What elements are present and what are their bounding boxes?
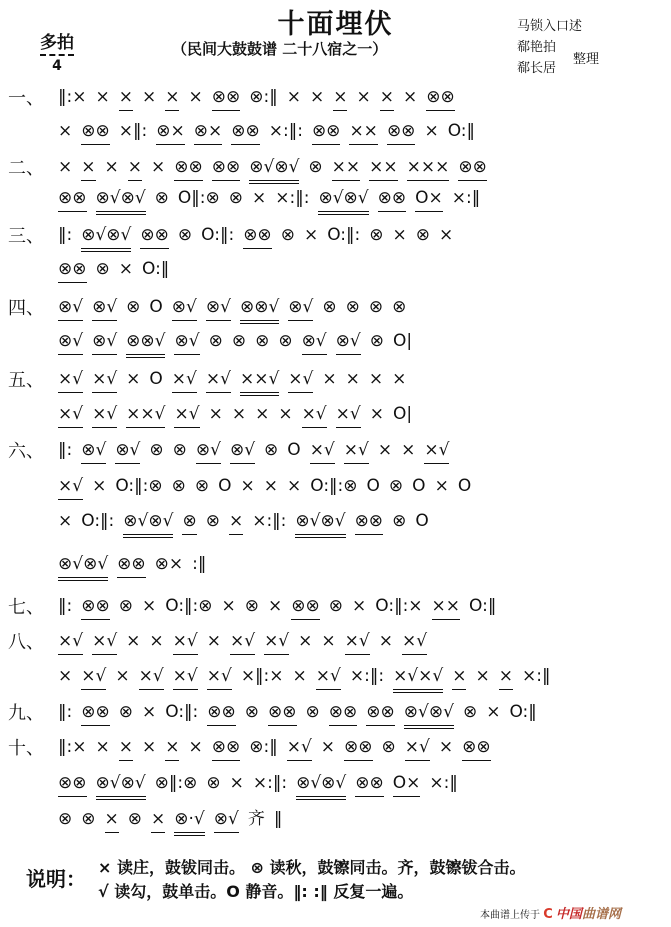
- beat-group: ×‖:×: [241, 665, 284, 689]
- beat-group: ×: [126, 368, 140, 392]
- beat-group: ×√: [344, 439, 369, 464]
- beat-group: ⊗⊗: [426, 86, 455, 111]
- beat-group: ×: [255, 403, 269, 427]
- beat-group: ⊗: [389, 475, 403, 499]
- beat-group: ×:‖: [429, 772, 457, 796]
- beat-group: ×√: [288, 368, 313, 393]
- beat-group: ×: [304, 224, 318, 248]
- beat-group: ×: [229, 510, 243, 535]
- beat-group: ⊗⊗: [462, 736, 491, 761]
- beat-group: ⊗⊗: [291, 595, 320, 620]
- beat-group: ×:‖:: [275, 187, 309, 211]
- beat-group: ⊗√: [288, 296, 313, 321]
- beat-group: O:‖:: [201, 224, 234, 248]
- beat-group: ⊗: [119, 595, 133, 619]
- beat-group: ×:‖:: [252, 510, 286, 534]
- beat-group: ×√: [424, 439, 449, 464]
- credit-role: 整理: [573, 49, 599, 70]
- beat-group: ×√: [310, 439, 335, 464]
- beat-group: ‖:×: [58, 736, 86, 760]
- beat-group: ‖:: [58, 439, 72, 463]
- beat-group: ⊗√⊗√: [58, 553, 108, 581]
- beat-group: ⊗√⊗√: [96, 187, 146, 215]
- beat-group: ⊗√: [58, 296, 83, 321]
- beat-group: ‖:×: [58, 86, 86, 110]
- beat-group: ⊗: [278, 330, 292, 354]
- score-line: ⊗⊗⊗×O:‖: [58, 258, 178, 284]
- beat-group: ×: [403, 86, 417, 110]
- beat-group: ×: [439, 736, 453, 760]
- beat-group: 齐: [248, 808, 265, 832]
- beat-group: ×√: [206, 368, 231, 393]
- beat-group: ×: [369, 368, 383, 392]
- beat-group: ×√: [92, 368, 117, 393]
- beat-group: ⊗⊗: [355, 510, 384, 535]
- beat-group: ×: [486, 701, 500, 725]
- beat-group: ⊗: [149, 439, 163, 463]
- beat-group: ×: [252, 187, 266, 211]
- beat-group: ×√: [336, 403, 361, 428]
- beat-group: ×: [149, 630, 163, 654]
- beat-group: ⊗: [206, 510, 220, 534]
- beat-group: O|: [393, 403, 412, 427]
- beat-group: ×: [126, 630, 140, 654]
- beat-group: ×: [298, 630, 312, 654]
- beat-group: ⊗⊗: [243, 224, 272, 249]
- beat-group: ×: [370, 403, 384, 427]
- beat-group: ×: [452, 665, 466, 690]
- beat-group: ×√: [405, 736, 430, 761]
- beat-group: O: [367, 475, 380, 499]
- beat-group: ×√: [174, 403, 199, 428]
- beat-group: ××√: [240, 368, 279, 396]
- beat-group: ⊗:‖: [249, 86, 277, 110]
- beat-group: O: [458, 475, 471, 499]
- beat-group: ×: [58, 510, 72, 534]
- beat-group: ⊗√: [214, 808, 239, 833]
- upload-text: 本曲谱上传于: [480, 910, 540, 921]
- beat-group: ⊗⊗: [58, 187, 87, 212]
- score-line: ‖:⊗⊗⊗×O:‖:⊗×⊗×⊗⊗⊗×O:‖:×××O:‖: [58, 595, 505, 621]
- score-line: ⊗√⊗√⊗⊗⊗×:‖: [58, 553, 215, 579]
- beat-group: ×:‖:: [253, 772, 287, 796]
- section-label: 六、: [8, 437, 44, 463]
- beat-group: O:‖:: [165, 701, 198, 725]
- beat-group: O: [415, 510, 428, 534]
- beat-group: ×√: [264, 630, 289, 655]
- beat-group: ⊗: [392, 510, 406, 534]
- section-label: 七、: [8, 593, 44, 619]
- beat-group: ⊗: [306, 701, 320, 725]
- meter-bottom: 4: [40, 58, 74, 74]
- score-line: ‖:⊗√⊗√⊗⊗⊗√⊗√⊗O×√×√×××√: [58, 439, 458, 465]
- beat-group: ⊗: [463, 701, 477, 725]
- beat-group: ⊗: [119, 701, 133, 725]
- beat-group: ×: [92, 475, 106, 499]
- score-line: ⊗⊗×⊗×⊗·√⊗√齐‖: [58, 808, 291, 834]
- beat-group: ⊗: [229, 187, 243, 211]
- beat-group: ×: [188, 86, 202, 110]
- beat-group: ⊗: [308, 156, 322, 180]
- beat-group: ⊗⊗√: [240, 296, 279, 324]
- beat-group: ⊗√: [92, 296, 117, 321]
- section-label: 五、: [8, 366, 44, 392]
- beat-group: ‖:: [58, 595, 72, 619]
- section-label: 一、: [8, 84, 44, 110]
- beat-group: ⊗: [245, 701, 259, 725]
- beat-group: ×: [392, 368, 406, 392]
- beat-group: ⊗√: [58, 330, 83, 355]
- beat-group: O×: [393, 772, 421, 797]
- beat-group: ⊗√⊗√: [81, 224, 131, 252]
- section-label: 三、: [8, 222, 44, 248]
- beat-group: ⊗: [392, 296, 406, 320]
- credit-narrator: 马锁入口述: [517, 16, 582, 37]
- beat-group: ⊗√: [172, 296, 197, 321]
- beat-group: O:‖: [469, 595, 496, 619]
- beat-group: ⊗⊗: [366, 701, 395, 726]
- beat-group: ×: [105, 156, 119, 180]
- beat-group: ⊗√⊗√: [123, 510, 173, 538]
- beat-group: ×√: [58, 403, 83, 428]
- beat-group: ×: [380, 86, 394, 111]
- beat-group: ⊗‖:⊗: [155, 772, 198, 796]
- beat-group: ⊗⊗: [212, 156, 241, 181]
- score-line: ×××××⊗⊗⊗⊗⊗√⊗√⊗×××××××⊗⊗: [58, 156, 496, 182]
- beat-group: O:‖:×: [375, 595, 422, 619]
- beat-group: ×: [424, 120, 438, 144]
- beat-group: ⊗⊗: [312, 120, 341, 145]
- legend-row-1: × 读庄，鼓钹同击。 ⊗ 读秋，鼓镲同击。齐，鼓镲钹合击。: [98, 855, 526, 878]
- beat-group: ×: [95, 86, 109, 110]
- beat-group: O: [218, 475, 231, 499]
- beat-group: O:‖: [142, 258, 169, 282]
- score-line: ×√×√×O×√×√××√×√××××: [58, 368, 415, 394]
- beat-group: O|: [393, 330, 412, 354]
- beat-group: ⊗⊗: [212, 736, 241, 761]
- beat-group: ⊗×: [155, 553, 184, 577]
- beat-group: ×: [81, 156, 95, 181]
- beat-group: ⊗: [232, 330, 246, 354]
- beat-group: ×: [165, 86, 179, 111]
- beat-group: ⊗: [172, 475, 186, 499]
- beat-group: ⊗√⊗√: [249, 156, 299, 184]
- beat-group: ⊗×: [194, 120, 223, 145]
- beat-group: ×√: [316, 665, 341, 690]
- beat-group: ⊗: [206, 772, 220, 796]
- beat-group: ⊗⊗: [344, 736, 373, 761]
- beat-group: ⊗: [255, 330, 269, 354]
- beat-group: O:‖:⊗: [310, 475, 357, 499]
- beat-group: ×: [379, 630, 393, 654]
- score-line: ⊗√⊗√⊗⊗√⊗√⊗⊗⊗⊗⊗√⊗√⊗O|: [58, 330, 421, 356]
- beat-group: ×: [207, 630, 221, 654]
- beat-group: O:‖:: [327, 224, 360, 248]
- score-line: ‖:××××××⊗⊗⊗:‖×√×⊗⊗⊗×√×⊗⊗: [58, 736, 500, 762]
- beat-group: ⊗⊗: [355, 772, 384, 797]
- beat-group: ×‖:: [119, 120, 147, 144]
- credits: 马锁入口述 郗艳拍 郗长居 整理: [517, 16, 582, 79]
- beat-group: ⊗: [195, 475, 209, 499]
- section-label: 四、: [8, 294, 44, 320]
- beat-group: ×: [392, 224, 406, 248]
- beat-group: ×√: [230, 630, 255, 655]
- beat-group: ×: [475, 665, 489, 689]
- beat-group: ×√: [345, 630, 370, 655]
- beat-group: ×: [188, 736, 202, 760]
- beat-group: ×: [356, 86, 370, 110]
- beat-group: ⊗: [96, 258, 110, 282]
- beat-group: ⊗⊗: [212, 86, 241, 111]
- beat-group: ×: [151, 808, 165, 833]
- beat-group: ⊗⊗: [81, 595, 110, 620]
- beat-group: ×√: [402, 630, 427, 655]
- beat-group: ⊗: [245, 595, 259, 619]
- beat-group: ⊗⊗: [58, 772, 87, 797]
- beat-group: ⊗√: [302, 330, 327, 355]
- score-line: ‖:⊗√⊗√⊗⊗⊗O:‖:⊗⊗⊗×O:‖:⊗×⊗×: [58, 224, 462, 250]
- beat-group: ⊗√: [336, 330, 361, 355]
- beat-group: ⊗⊗: [140, 224, 169, 249]
- beat-group: ×:‖: [452, 187, 480, 211]
- beat-group: ×: [95, 736, 109, 760]
- beat-group: ⊗: [369, 224, 383, 248]
- beat-group: ×: [58, 665, 72, 689]
- beat-group: ⊗√⊗√: [404, 701, 454, 729]
- beat-group: ×: [119, 736, 133, 761]
- beat-group: ×: [142, 736, 156, 760]
- beat-group: ⊗: [81, 808, 95, 832]
- beat-group: ×:‖: [522, 665, 550, 689]
- meter-top: 多拍: [40, 28, 74, 56]
- beat-group: ⊗⊗: [81, 120, 110, 145]
- score-line: ‖:××××××⊗⊗⊗:‖××××××⊗⊗: [58, 86, 464, 112]
- beat-group: ⊗√: [115, 439, 140, 464]
- beat-group: ×√: [207, 665, 232, 690]
- beat-group: ×: [333, 86, 347, 111]
- beat-group: ⊗: [182, 510, 196, 535]
- beat-group: ⊗⊗: [81, 701, 110, 726]
- beat-group: ×: [378, 439, 392, 463]
- beat-group: O:‖:⊗: [165, 595, 212, 619]
- score-subtitle: （民间大鼓鼓谱 二十八宿之一）: [172, 38, 387, 59]
- section-label: 十、: [8, 734, 44, 760]
- beat-group: ⊗: [329, 595, 343, 619]
- beat-group: ×√: [92, 403, 117, 428]
- beat-group: ⊗√⊗√: [318, 187, 368, 215]
- beat-group: ⊗⊗: [458, 156, 487, 181]
- beat-group: ⊗: [126, 296, 140, 320]
- beat-group: ⊗: [155, 187, 169, 211]
- beat-group: ×: [346, 368, 360, 392]
- beat-group: O: [149, 368, 162, 392]
- beat-group: ⊗⊗: [387, 120, 416, 145]
- beat-group: ⊗⊗√: [126, 330, 165, 358]
- beat-group: ⊗√: [206, 296, 231, 321]
- beat-group: ×: [115, 665, 129, 689]
- beat-group: ×: [499, 665, 513, 690]
- score-line: ×√×O:‖:⊗⊗⊗O×××O:‖:⊗O⊗O×O: [58, 475, 480, 501]
- beat-group: O:‖: [509, 701, 536, 725]
- beat-group: ××: [432, 595, 461, 620]
- beat-group: ×:‖:: [269, 120, 303, 144]
- beat-group: ×√: [58, 475, 83, 500]
- beat-group: ⊗√⊗√: [295, 510, 345, 538]
- beat-group: ×: [165, 736, 179, 761]
- beat-group: ⊗×: [156, 120, 185, 145]
- beat-group: ⊗⊗: [58, 258, 87, 283]
- legend-row-2: √ 读勾，鼓单击。O 静音。‖: :‖ 反复一遍。: [98, 879, 413, 902]
- score-line: ×⊗⊗×‖:⊗×⊗×⊗⊗×:‖:⊗⊗××⊗⊗×O:‖: [58, 120, 484, 146]
- beat-group: ×√: [302, 403, 327, 428]
- beat-group: ⊗⊗: [231, 120, 260, 145]
- beat-group: ×: [321, 736, 335, 760]
- beat-group: ×××: [407, 156, 450, 181]
- beat-group: O: [149, 296, 162, 320]
- beat-group: O:‖:⊗: [115, 475, 162, 499]
- beat-group: ×: [142, 701, 156, 725]
- beat-group: ×√×√: [393, 665, 443, 693]
- beat-group: ⊗√: [230, 439, 255, 464]
- beat-group: ×√: [81, 665, 106, 690]
- beat-group: ‖:: [58, 701, 72, 725]
- site-logo-text-b: 曲谱网: [582, 907, 621, 922]
- beat-group: ⊗√⊗√: [96, 772, 146, 800]
- section-label: 九、: [8, 699, 44, 725]
- beat-group: ×: [401, 439, 415, 463]
- beat-group: ⊗: [281, 224, 295, 248]
- score-line: ⊗√⊗√⊗O⊗√⊗√⊗⊗√⊗√⊗⊗⊗⊗: [58, 296, 415, 322]
- time-signature: 多拍 4: [40, 28, 74, 74]
- beat-group: ⊗⊗: [174, 156, 203, 181]
- beat-group: ⊗: [178, 224, 192, 248]
- beat-group: ⊗√: [92, 330, 117, 355]
- section-label: 二、: [8, 154, 44, 180]
- beat-group: ×: [58, 120, 72, 144]
- beat-group: ×: [264, 475, 278, 499]
- beat-group: ×: [142, 595, 156, 619]
- beat-group: ×: [209, 403, 223, 427]
- beat-group: ⊗: [370, 330, 384, 354]
- beat-group: ×√: [58, 368, 83, 393]
- score-line: ⊗⊗⊗√⊗√⊗‖:⊗⊗××:‖:⊗√⊗√⊗⊗O××:‖: [58, 772, 467, 798]
- beat-group: ⊗√⊗√: [296, 772, 346, 800]
- beat-group: ××√: [126, 403, 165, 428]
- beat-group: ×: [322, 368, 336, 392]
- upload-footer: 本曲谱上传于 C 中国曲谱网: [480, 903, 621, 922]
- score-line: ⊗⊗⊗√⊗√⊗O‖:⊗⊗××:‖:⊗√⊗√⊗⊗O××:‖: [58, 187, 489, 213]
- beat-group: ‖:: [58, 224, 72, 248]
- beat-group: ××: [332, 156, 361, 181]
- beat-group: O:‖:: [81, 510, 114, 534]
- beat-group: O:‖: [448, 120, 475, 144]
- beat-group: ⊗√: [174, 330, 199, 355]
- beat-group: ×: [287, 475, 301, 499]
- beat-group: ×:‖:: [350, 665, 384, 689]
- beat-group: ⊗√: [81, 439, 106, 464]
- beat-group: O×: [415, 187, 443, 212]
- beat-group: ⊗: [416, 224, 430, 248]
- beat-group: ⊗⊗: [207, 701, 236, 726]
- beat-group: ×√: [58, 630, 83, 655]
- legend-label: 说明：: [26, 863, 86, 892]
- site-logo-icon: C: [543, 907, 553, 922]
- beat-group: ×: [293, 665, 307, 689]
- beat-group: ⊗: [369, 296, 383, 320]
- beat-group: ×√: [139, 665, 164, 690]
- beat-group: ⊗·√: [174, 808, 204, 836]
- beat-group: ×: [241, 475, 255, 499]
- beat-group: ⊗: [382, 736, 396, 760]
- beat-group: ××: [349, 120, 378, 145]
- beat-group: ⊗√: [196, 439, 221, 464]
- beat-group: ⊗: [264, 439, 278, 463]
- beat-group: O‖:⊗: [178, 187, 220, 211]
- beat-group: ×: [435, 475, 449, 499]
- beat-group: O: [287, 439, 300, 463]
- score-line: ×√×√××√×√×××××√×√×O|: [58, 403, 421, 429]
- beat-group: ×: [142, 86, 156, 110]
- beat-group: ×: [232, 403, 246, 427]
- beat-group: ××: [369, 156, 398, 181]
- beat-group: ⊗: [209, 330, 223, 354]
- beat-group: ×: [230, 772, 244, 796]
- score-line: ‖:⊗⊗⊗×O:‖:⊗⊗⊗⊗⊗⊗⊗⊗⊗⊗⊗√⊗√⊗×O:‖: [58, 701, 546, 727]
- beat-group: ×√: [173, 665, 198, 690]
- beat-group: ×: [58, 156, 72, 180]
- beat-group: ×√: [287, 736, 312, 761]
- beat-group: ×: [222, 595, 236, 619]
- beat-group: ⊗⊗: [268, 701, 297, 726]
- beat-group: ×: [119, 86, 133, 111]
- beat-group: ⊗:‖: [249, 736, 277, 760]
- beat-group: ×√: [92, 630, 117, 655]
- beat-group: ‖: [274, 808, 283, 832]
- beat-group: ×: [321, 630, 335, 654]
- beat-group: ×: [128, 156, 142, 181]
- score-line: ××√××√×√×√×‖:×××√×:‖:×√×√××××:‖: [58, 665, 559, 691]
- beat-group: ×: [105, 808, 119, 833]
- beat-group: ⊗⊗: [117, 553, 146, 578]
- beat-group: ×√: [173, 630, 198, 655]
- beat-group: :‖: [192, 553, 206, 577]
- beat-group: ×: [439, 224, 453, 248]
- beat-group: ×√: [172, 368, 197, 393]
- beat-group: O: [412, 475, 425, 499]
- beat-group: ×: [310, 86, 324, 110]
- beat-group: ×: [119, 258, 133, 282]
- beat-group: ⊗: [173, 439, 187, 463]
- score-line: ×√×√×××√××√×√×××√××√: [58, 630, 436, 656]
- beat-group: ⊗: [58, 808, 72, 832]
- beat-group: ×: [278, 403, 292, 427]
- score-line: ×O:‖:⊗√⊗√⊗⊗××:‖:⊗√⊗√⊗⊗⊗O: [58, 510, 438, 536]
- beat-group: ×: [151, 156, 165, 180]
- section-label: 八、: [8, 628, 44, 654]
- beat-group: ⊗: [346, 296, 360, 320]
- site-logo-text-a: 中国: [556, 907, 582, 922]
- beat-group: ×: [287, 86, 301, 110]
- beat-group: ×: [352, 595, 366, 619]
- beat-group: ⊗: [128, 808, 142, 832]
- beat-group: ⊗: [322, 296, 336, 320]
- beat-group: ⊗⊗: [329, 701, 358, 726]
- beat-group: ×: [268, 595, 282, 619]
- beat-group: ⊗⊗: [378, 187, 407, 212]
